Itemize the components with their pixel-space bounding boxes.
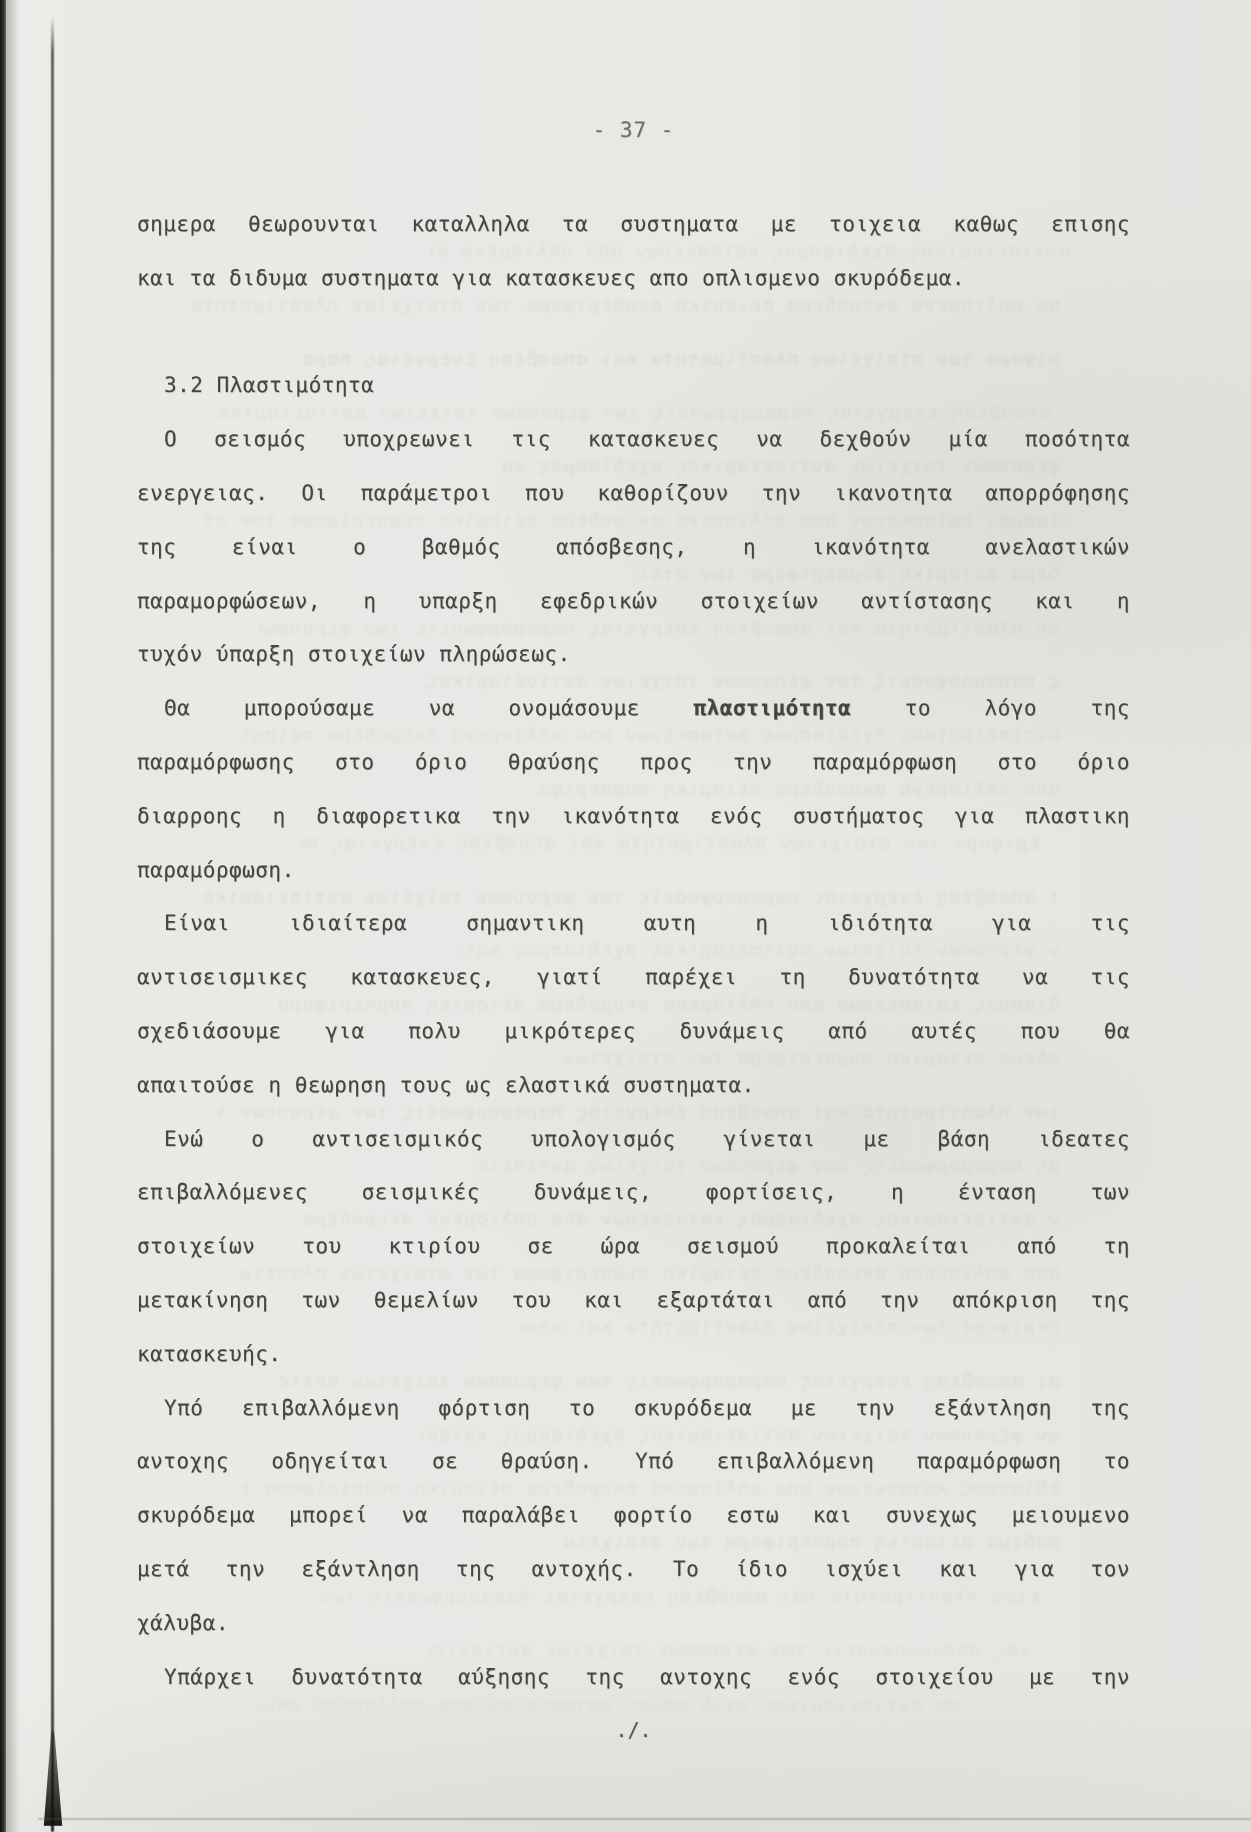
ghost-text-line: ας παραμορφωσεις των φερουσων τοιχειων α… bbox=[480, 1155, 1060, 1181]
text-line: Υπάρχει δυνατότητα αύξησης της αντοχης ε… bbox=[164, 1665, 1130, 1695]
ghost-text-line: αι αποσβεση ενεργειας παραμορφωσεις των … bbox=[280, 1370, 1060, 1396]
text-line: στοιχείων του κτιρίου σε ώρα σεισμού προ… bbox=[137, 1234, 1130, 1264]
ghost-text-line: ιασμος κατασκευων απο οπλισμενο σκυροδεμ… bbox=[200, 509, 1060, 535]
text-line: διαρροης η διαφορετικα την ικανότητα ενό… bbox=[137, 804, 1130, 834]
ghost-text-line: ι αποσβεση ενεργειας παραμορφωσεις των φ… bbox=[200, 886, 1060, 912]
ghost-text-line: περιφορα των στοιχειων πλαστιμοτητα και … bbox=[520, 1316, 1060, 1342]
text-line: μετακίνηση των θεμελίων του και εξαρτάτα… bbox=[137, 1288, 1130, 1318]
ghost-text-line: ροδεμα σεισμικη συμπεριφορα των στοιχειω… bbox=[560, 1531, 1060, 1557]
ghost-text-line: απο οπλισμενο σκυροδεμα σεισμικη συμπερι… bbox=[540, 778, 1060, 804]
text-line: παραμόρφωση. bbox=[137, 858, 1130, 888]
page-bottom-shadow bbox=[38, 1818, 1251, 1820]
text-line: σημερα θεωρουνται καταλληλα τα συστηματα… bbox=[137, 212, 1130, 242]
text-line: σχεδιάσουμε για πολυ μικρότερες δυνάμεις… bbox=[137, 1019, 1130, 1049]
text-line: απαιτούσε η θεωρηση τους ως ελαστικά συσ… bbox=[137, 1073, 1130, 1103]
ghost-text-line: πο οπλισμενο σκυροδεμα σεισμικη συμπεριφ… bbox=[180, 294, 1060, 320]
ghost-text-line: φερουσων τοιχειων αντισεισμικος σχεδιασμ… bbox=[500, 455, 1060, 481]
text-line: Θα μπορούσαμε να ονομάσουμε πλαστιμότητα… bbox=[164, 696, 1130, 726]
binding-edge-fade bbox=[6, 0, 20, 1832]
text-line: Ενώ ο αντισεισμικός υπολογισμός γίνεται … bbox=[164, 1127, 1130, 1157]
ghost-text-line: διασμος κατασκευων απο οπλισμενο σκυροδε… bbox=[260, 993, 1060, 1019]
fold-wedge-shadow bbox=[42, 1731, 64, 1826]
text-line: Είναι ιδιαίτερα σημαντικη αυτη η ιδιότητ… bbox=[164, 911, 1130, 941]
ghost-text-line: ριφορα των στοιχειων πλαστιμοτητα και απ… bbox=[300, 348, 1060, 374]
text-line: και τα διδυμα συστηματα για κατασκευες α… bbox=[137, 266, 1130, 296]
text-line: επιβαλλόμενες σεισμικές δυνάμεις, φορτίσ… bbox=[137, 1180, 1130, 1210]
text-line: σκυρόδεμα μπορεί να παραλάβει φορτίο εστ… bbox=[137, 1503, 1130, 1533]
text-line: παραμορφώσεων, η υπαρξη εφεδρικών στοιχε… bbox=[137, 589, 1130, 619]
text-line: μετά την εξάντληση της αντοχής. Το ίδιο … bbox=[137, 1557, 1130, 1587]
ghost-text-line: αντισεισμικος σχεδιασμος κατασκευων απο … bbox=[240, 724, 1060, 750]
ghost-text-line: ων αντισεισμικος σχεδιασμος κατασκευων α… bbox=[260, 1693, 960, 1719]
ghost-text-line: εδιασμος κατασκευων απο οπλισμενο σκυροδ… bbox=[240, 1477, 1060, 1503]
text-line: παραμόρφωσης στο όριο θραύσης προς την π… bbox=[137, 750, 1130, 780]
ghost-text-line: ν φερουσων τοιχειων αντισεισμικος σχεδια… bbox=[460, 939, 1060, 965]
text-line: της είναι ο βαθμός απόσβεσης, η ικανότητ… bbox=[137, 535, 1130, 565]
text-line: αντισεισμικες κατασκευες, γιατί παρέχει … bbox=[137, 965, 1130, 995]
ghost-text-line: οδεμα σεισμικη συμπεριφορα των στοιχειων… bbox=[560, 1047, 1060, 1073]
ghost-text-line: απο οπλισμενο σκυροδεμα σεισμικη συμπερι… bbox=[240, 1262, 1060, 1288]
ghost-text-line: ειων πλαστιμοτητα και αποσβεση ενεργειας… bbox=[320, 1585, 1040, 1611]
text-line: τυχόν ύπαρξη στοιχείων πληρώσεως. bbox=[137, 642, 1130, 672]
ghost-text-line: ς παραμορφωσεις των φερουσων τοιχειων αν… bbox=[420, 670, 1060, 696]
page-number: - 37 - bbox=[137, 118, 1130, 142]
ghost-text-line: ων πλαστιμοτητα και αποσβεση ενεργειας π… bbox=[260, 617, 1060, 643]
scanned-document-page: αντισεισμικος σχεδιασμος κατασκευων απο … bbox=[0, 0, 1251, 1832]
text-line: χάλυβα. bbox=[137, 1611, 1130, 1641]
text-line: Υπό επιβαλλόμενη φόρτιση το σκυρόδεμα με… bbox=[164, 1396, 1130, 1426]
section-heading: 3.2 Πλαστιμότητα bbox=[164, 373, 1130, 403]
text-line: αντοχης οδηγείται σε θραύση. Υπό επιβαλλ… bbox=[137, 1449, 1130, 1479]
ghost-text-line: αντισεισμικος σχεδιασμος κατασκευων απο … bbox=[430, 240, 1070, 266]
text-line: ενεργειας. Οι παράμετροι που καθορίζουν … bbox=[137, 481, 1130, 511]
ghost-text-line: ν αντισεισμικος σχεδιασμος κατασκευων απ… bbox=[300, 1208, 1060, 1234]
text-line: κατασκευής. bbox=[137, 1342, 1130, 1372]
text-line: Ο σεισμός υποχρεωνει τις κατασκευες να δ… bbox=[164, 427, 1130, 457]
ghost-text-line: εριφορα των στοιχειων πλαστιμοτητα και α… bbox=[300, 832, 1040, 858]
continuation-mark: ./. bbox=[137, 1718, 1130, 1742]
ghost-text-line: ων φερουσων τοιχειων αντισεισμικος σχεδι… bbox=[420, 1424, 1060, 1450]
ghost-text-line: δεμα σεισμικη συμπεριφορα των στοιχειων … bbox=[640, 563, 1060, 589]
fold-line bbox=[51, 16, 54, 1832]
ghost-text-line: ιας παραμορφωσεις των φερουσων τοιχειων … bbox=[430, 1639, 1030, 1665]
ghost-text-line: αποσβεση ενεργειας παραμορφωσεις των φερ… bbox=[220, 401, 1050, 427]
ghost-text-line: ιων πλαστιμοτητα και αποσβεση ενεργειας … bbox=[220, 1101, 1060, 1127]
